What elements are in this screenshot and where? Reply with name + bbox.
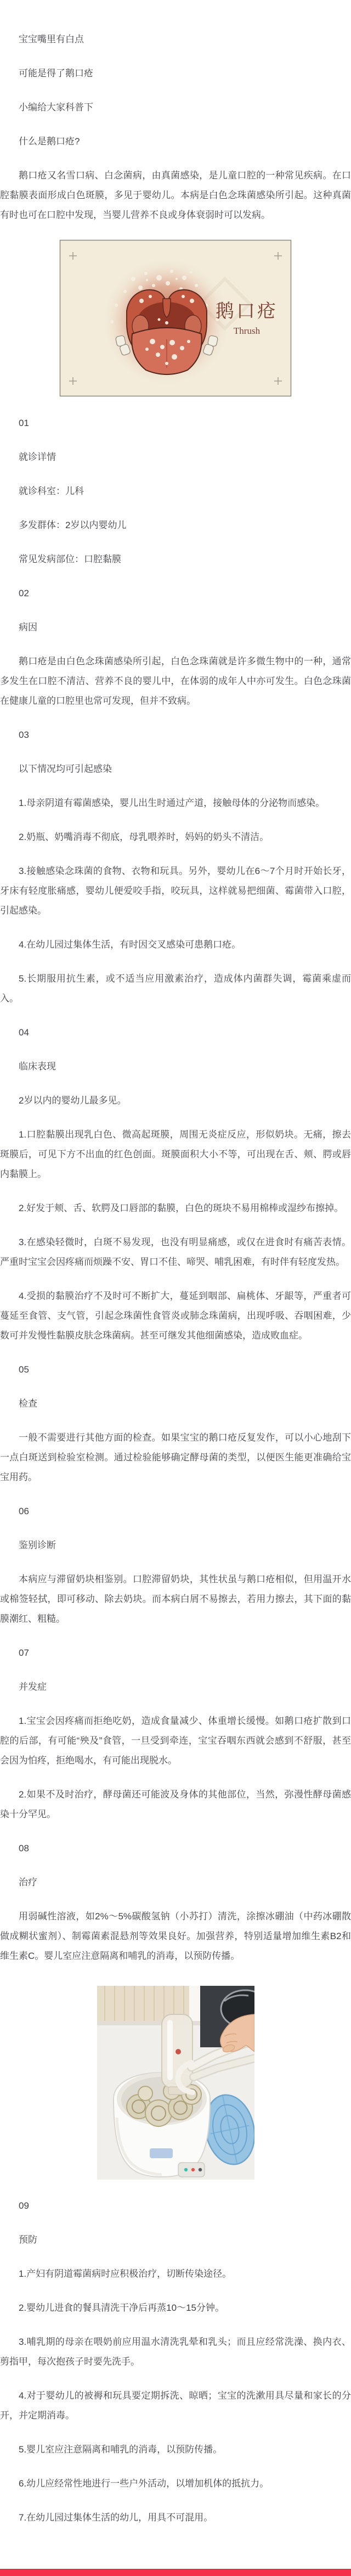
section-title: 检查 xyxy=(0,1394,351,1414)
article-section: 02 病因 鹅口疮是由白色念珠菌感染所引起，白色念珠菌就是许多微生物中的一种，通… xyxy=(0,584,351,711)
section-number: 06 xyxy=(0,1502,351,1521)
section-title: 鉴别诊断 xyxy=(0,1536,351,1555)
section-paragraph: 1.母亲阴道有霉菌感染，婴儿出生时通过产道，接触母体的分泌物而感染。 xyxy=(0,793,351,813)
section-paragraph: 1.宝宝会因疼痛而拒绝吃奶，造成食量减少、体重增长缓慢。如鹅口疮扩散到口腔的后部… xyxy=(0,1711,351,1771)
section-paragraph: 3.接触感染念珠菌的食物、衣物和玩具。另外，婴幼儿在6～7个月时开始长牙，牙床有… xyxy=(0,861,351,921)
section-paragraph: 6.幼儿应经常性地进行一些户外活动，以增加机体的抵抗力。 xyxy=(0,2474,351,2494)
section-paragraph: 本病应与滞留奶块相鉴别。口腔滞留奶块，其性状虽与鹅口疮相似，但用温开水或棉签轻拭… xyxy=(0,1570,351,1629)
section-number: 01 xyxy=(0,413,351,433)
sections: 01 就诊详情 就诊科室：儿科多发群体：2岁以内婴幼儿常见发病部位：口腔黏膜 0… xyxy=(0,413,351,2528)
section-body: 1.宝宝会因疼痛而拒绝吃奶，造成食量减少、体重增长缓慢。如鹅口疮扩散到口腔的后部… xyxy=(0,1711,351,1824)
section-paragraph: 常见发病部位：口腔黏膜 xyxy=(0,550,351,569)
figure-title-en: Thrush xyxy=(234,326,261,336)
article-content: 宝宝嘴里有白点 可能是得了鹅口疮 小编给大家科普下 什么是鹅口疮? 鹅口疮又名雪… xyxy=(0,0,351,2528)
section-number: 02 xyxy=(0,584,351,603)
section-paragraph: 4.对于婴幼儿的被褥和玩具要定期拆洗、晾晒；宝宝的洗漱用具尽量和家长的分开，并定… xyxy=(0,2386,351,2426)
section-paragraph: 4.受损的黏膜治疗不及时可不断扩大，蔓延到咽部、扁桃体、牙龈等，严重者可蔓延至食… xyxy=(0,1286,351,1346)
section-body: 用弱碱性溶液，如2%～5%碳酸氢钠（小苏打）清洗，涂擦冰硼油（中药冰硼散做成糊状… xyxy=(0,1907,351,2180)
section-paragraph: 用弱碱性溶液，如2%～5%碳酸氢钠（小苏打）清洗，涂擦冰硼油（中药冰硼散做成糊状… xyxy=(0,1907,351,1966)
thrush-illustration-card: 鹅口疮 Thrush xyxy=(59,239,292,397)
section-title: 病因 xyxy=(0,618,351,637)
section-number: 09 xyxy=(0,2196,351,2216)
section-body: 2岁以内的婴幼儿最多见。1.口腔黏膜出现乳白色、微高起斑膜，周围无炎症反应，形似… xyxy=(0,1091,351,1346)
section-body: 鹅口疮是由白色念珠菌感染所引起，白色念珠菌就是许多微生物中的一种，通常多发生在口… xyxy=(0,652,351,711)
section-title: 并发症 xyxy=(0,1677,351,1697)
section-number: 03 xyxy=(0,725,351,745)
article-section: 09 预防 1.产妇有阴道霉菌病时应积极治疗，切断传染途径。2.婴幼儿进食的餐具… xyxy=(0,2196,351,2528)
section-paragraph: 鹅口疮是由白色念珠菌感染所引起，白色念珠菌就是许多微生物中的一种，通常多发生在口… xyxy=(0,652,351,711)
section-body: 就诊科室：儿科多发群体：2岁以内婴幼儿常见发病部位：口腔黏膜 xyxy=(0,481,351,569)
intro-line: 可能是得了鹅口疮 xyxy=(0,64,351,83)
section-paragraph: 就诊科室：儿科 xyxy=(0,481,351,501)
section-paragraph: 多发群体：2岁以内婴幼儿 xyxy=(0,516,351,535)
section-title: 就诊详情 xyxy=(0,447,351,467)
intro-line: 什么是鹅口疮? xyxy=(0,132,351,152)
section-paragraph: 2岁以内的婴幼儿最多见。 xyxy=(0,1091,351,1111)
section-paragraph: 3.哺乳期的母亲在喂奶前应用温水清洗乳晕和乳头；而且应经常洗澡、换内衣、剪指甲，… xyxy=(0,2332,351,2372)
section-paragraph: 1.口腔黏膜出现乳白色、微高起斑膜，周围无炎症反应，形似奶块。无痛，擦去斑膜后，… xyxy=(0,1125,351,1184)
article-section: 04 临床表现 2岁以内的婴幼儿最多见。1.口腔黏膜出现乳白色、微高起斑膜，周围… xyxy=(0,1023,351,1346)
section-paragraph: 7.在幼儿园过集体生活的幼儿，用具不可混用。 xyxy=(0,2508,351,2528)
article-section: 07 并发症 1.宝宝会因疼痛而拒绝吃奶，造成食量减少、体重增长缓慢。如鹅口疮扩… xyxy=(0,1643,351,1824)
section-body: 1.产妇有阴道霉菌病时应积极治疗，切断传染途径。2.婴幼儿进食的餐具清洗干净后再… xyxy=(0,2264,351,2528)
section-body: 1.母亲阴道有霉菌感染，婴儿出生时通过产道，接触母体的分泌物而感染。2.奶瓶、奶… xyxy=(0,793,351,1009)
accent-bottom-bar xyxy=(0,2569,351,2576)
intro-line: 小编给大家科普下 xyxy=(0,98,351,117)
section-paragraph: 3.在感染轻微时，白斑不易发现，也没有明显痛感，或仅在进食时有痛苦表情。严重时宝… xyxy=(0,1233,351,1272)
section-number: 07 xyxy=(0,1643,351,1663)
article-section: 03 以下情况均可引起感染 1.母亲阴道有霉菌感染，婴儿出生时通过产道，接触母体… xyxy=(0,725,351,1009)
section-number: 04 xyxy=(0,1023,351,1043)
article-section: 06 鉴别诊断 本病应与滞留奶块相鉴别。口腔滞留奶块，其性状虽与鹅口疮相似，但用… xyxy=(0,1502,351,1629)
section-title: 临床表现 xyxy=(0,1057,351,1077)
section-paragraph: 5.婴儿室应注意隔离和哺乳的消毒，以预防传播。 xyxy=(0,2440,351,2460)
section-title: 以下情况均可引起感染 xyxy=(0,759,351,779)
section-body: 一般不需要进行其他方面的检查。如果宝宝的鹅口疮反复发作，可以小心地刮下一点白斑送… xyxy=(0,1428,351,1487)
section-paragraph: 4.在幼儿园过集体生活，有时因交叉感染可患鹅口疮。 xyxy=(0,935,351,955)
section-paragraph: 5.长期服用抗生素，或不适当应用激素治疗，造成体内菌群失调，霉菌乘虚而入。 xyxy=(0,969,351,1009)
section-paragraph: 2.奶瓶、奶嘴消毒不彻底，母乳喂养时，妈妈的奶头不清洁。 xyxy=(0,827,351,847)
section-paragraph: 2.如果不及时治疗，酵母菌还可能波及身体的其他部位，当然，弥漫性酵母菌感染十分罕… xyxy=(0,1785,351,1824)
section-title: 预防 xyxy=(0,2230,351,2250)
article-section: 01 就诊详情 就诊科室：儿科多发群体：2岁以内婴幼儿常见发病部位：口腔黏膜 xyxy=(0,413,351,569)
thrush-mouth-illustration: 鹅口疮 Thrush xyxy=(59,239,292,397)
intro-paragraph: 鹅口疮又名雪口病、白念菌病，由真菌感染，是儿童口腔的一种常见疾病。在口腔黏膜表面… xyxy=(0,166,351,225)
section-paragraph: 2.好发于颊、舌、软腭及口唇部的黏膜，白色的斑块不易用棉棒或湿纱布擦掉。 xyxy=(0,1199,351,1218)
section-number: 08 xyxy=(0,1839,351,1858)
section-title: 治疗 xyxy=(0,1873,351,1892)
article-section: 08 治疗 用弱碱性溶液，如2%～5%碳酸氢钠（小苏打）清洗，涂擦冰硼油（中药冰… xyxy=(0,1839,351,2180)
section-body: 本病应与滞留奶块相鉴别。口腔滞留奶块，其性状虽与鹅口疮相似，但用温开水或棉签轻拭… xyxy=(0,1570,351,1629)
sterilizer-body xyxy=(114,2073,210,2177)
section-paragraph: 1.产妇有阴道霉菌病时应积极治疗，切断传染途径。 xyxy=(0,2264,351,2284)
sterilizer-photo xyxy=(97,1986,254,2180)
intro-line: 宝宝嘴里有白点 xyxy=(0,30,351,49)
article-page: 宝宝嘴里有白点 可能是得了鹅口疮 小编给大家科普下 什么是鹅口疮? 鹅口疮又名雪… xyxy=(0,0,351,2576)
section-paragraph: 2.婴幼儿进食的餐具清洗干净后再蒸10～15分钟。 xyxy=(0,2298,351,2318)
section-paragraph: 一般不需要进行其他方面的检查。如果宝宝的鹅口疮反复发作，可以小心地刮下一点白斑送… xyxy=(0,1428,351,1487)
figure-title-cn: 鹅口疮 xyxy=(216,301,278,322)
section-number: 05 xyxy=(0,1360,351,1380)
article-section: 05 检查 一般不需要进行其他方面的检查。如果宝宝的鹅口疮反复发作，可以小心地刮… xyxy=(0,1360,351,1487)
